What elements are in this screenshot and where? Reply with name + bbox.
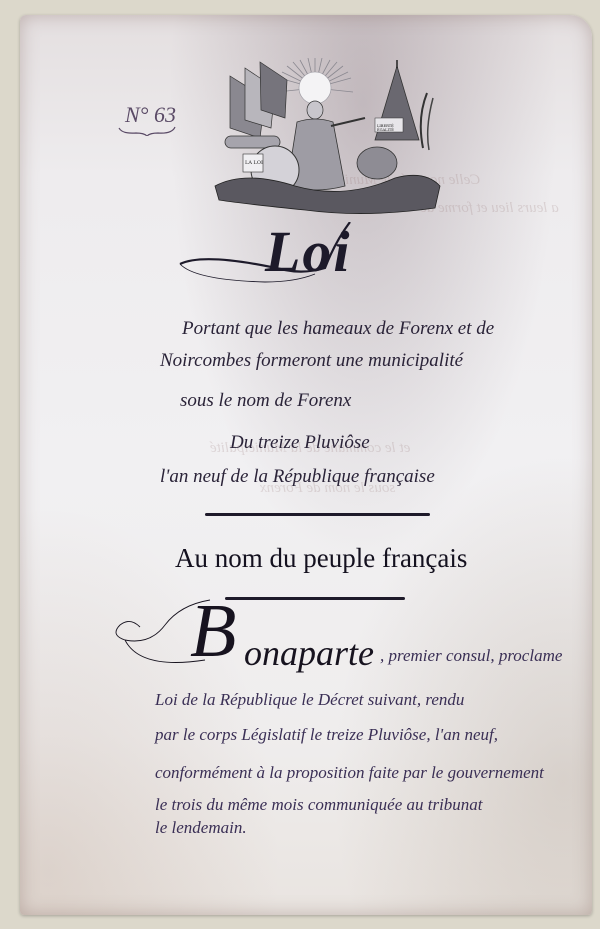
body-line: par le corps Législatif le treize Pluviô… xyxy=(155,725,498,745)
body-line: le lendemain. xyxy=(155,818,247,838)
document-number: N° 63 xyxy=(125,102,176,128)
body-line: conformément à la proposition faite par … xyxy=(155,763,544,783)
brace-flourish-icon xyxy=(118,126,176,136)
body-line: le trois du même mois communiquée au tri… xyxy=(155,795,483,815)
subtitle-line: Noircombes formeront une municipalité xyxy=(160,350,463,372)
opening-word: onaparte xyxy=(244,632,374,674)
body-line: Loi de la République le Décret suivant, … xyxy=(155,690,464,710)
body-line: , premier consul, proclame xyxy=(380,646,562,666)
republican-vignette-icon: LA LOI LIBERTÉ ÉGALITÉ xyxy=(205,58,445,218)
svg-text:LA LOI: LA LOI xyxy=(245,160,263,166)
svg-text:ÉGALITÉ: ÉGALITÉ xyxy=(377,127,394,132)
subtitle-line: l'an neuf de la République française xyxy=(160,466,435,488)
opening-initial: B xyxy=(190,588,236,675)
subtitle-line: Portant que les hameaux de Forenx et de xyxy=(182,318,494,340)
subtitle-line: Du treize Pluviôse xyxy=(230,432,370,454)
divider-rule xyxy=(205,513,430,516)
subtitle-line: sous le nom de Forenx xyxy=(180,390,351,412)
section-heading: Au nom du peuple français xyxy=(175,543,467,574)
document-title: Loi xyxy=(265,218,352,285)
